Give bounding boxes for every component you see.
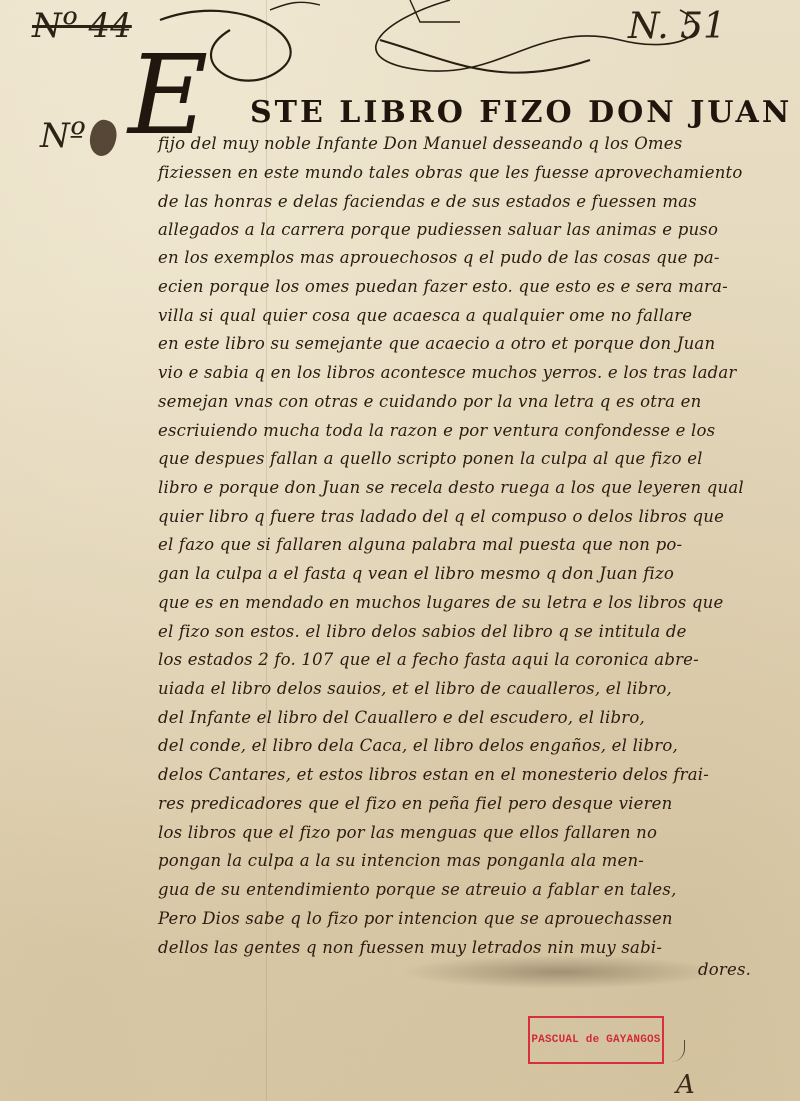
folio-mark-left-label: Nº — [40, 116, 86, 156]
text-line: fiziessen en este mundo tales obras que … — [158, 163, 742, 182]
text-line: quier libro q fuere tras ladado del q el… — [158, 507, 724, 526]
text-line: Pero Dios sabe q lo fizo por intencion q… — [158, 909, 673, 928]
text-line: ecien porque los omes puedan fazer esto.… — [158, 277, 728, 296]
text-line: dellos las gentes q non fuessen muy letr… — [158, 938, 662, 957]
pen-stroke-icon — [662, 1040, 685, 1062]
text-line: semejan vnas con otras e cuidando por la… — [158, 392, 701, 411]
text-line: los libros que el fizo por las menguas q… — [158, 823, 657, 842]
text-line: en este libro su semejante que acaecio a… — [158, 334, 715, 353]
stamp-text: PASCUAL de GAYANGOS — [531, 1034, 660, 1046]
text-line: gan la culpa a el fasta q vean el libro … — [158, 564, 674, 583]
text-line: res predicadores que el fizo en peña fie… — [158, 794, 672, 813]
ink-smudge — [400, 955, 720, 989]
text-line: de las honras e delas faciendas e de sus… — [158, 192, 697, 211]
signature-mark: A — [676, 1070, 695, 1100]
text-line: en los exemplos mas aprouechosos q el pu… — [158, 248, 720, 267]
text-line: delos Cantares, et estos libros estan en… — [158, 765, 709, 784]
text-line: los estados 2 fo. 107 que el a fecho fas… — [158, 650, 699, 669]
manuscript-page: Nº 44 N. 51 Nº E STE LIBRO FIZO DON JUAN… — [0, 0, 800, 1101]
text-line: fijo del muy noble Infante Don Manuel de… — [158, 134, 682, 153]
text-line: el fizo son estos. el libro delos sabios… — [158, 622, 687, 641]
text-line: escriuiendo mucha toda la razon e por ve… — [158, 421, 715, 440]
text-line: del conde, el libro dela Caca, el libro … — [158, 736, 678, 755]
text-line: el fazo que si fallaren alguna palabra m… — [158, 535, 682, 554]
text-line: que despues fallan a quello scripto pone… — [158, 449, 703, 468]
text-line: del Infante el libro del Cauallero e del… — [158, 708, 645, 727]
text-line: que es en mendado en muchos lugares de s… — [158, 593, 723, 612]
folio-mark-left-margin: Nº — [40, 116, 116, 156]
text-line: gua de su entendimiento porque se atreui… — [158, 880, 677, 899]
folio-mark-top-left: Nº 44 — [32, 6, 132, 46]
page-title: STE LIBRO FIZO DON JUAN — [250, 95, 792, 130]
ink-blot-icon — [85, 117, 121, 159]
text-line: libro e porque don Juan se recela desto … — [158, 478, 744, 497]
library-stamp: PASCUAL de GAYANGOS — [528, 1016, 664, 1064]
text-line: allegados a la carrera porque pudiessen … — [158, 220, 718, 239]
text-line: villa si qual quier cosa que acaesca a q… — [158, 306, 692, 325]
text-line: pongan la culpa a la su intencion mas po… — [158, 851, 644, 870]
text-line: uiada el libro delos sauios, et el libro… — [158, 679, 672, 698]
text-line: vio e sabia q en los libros acontesce mu… — [158, 363, 737, 382]
